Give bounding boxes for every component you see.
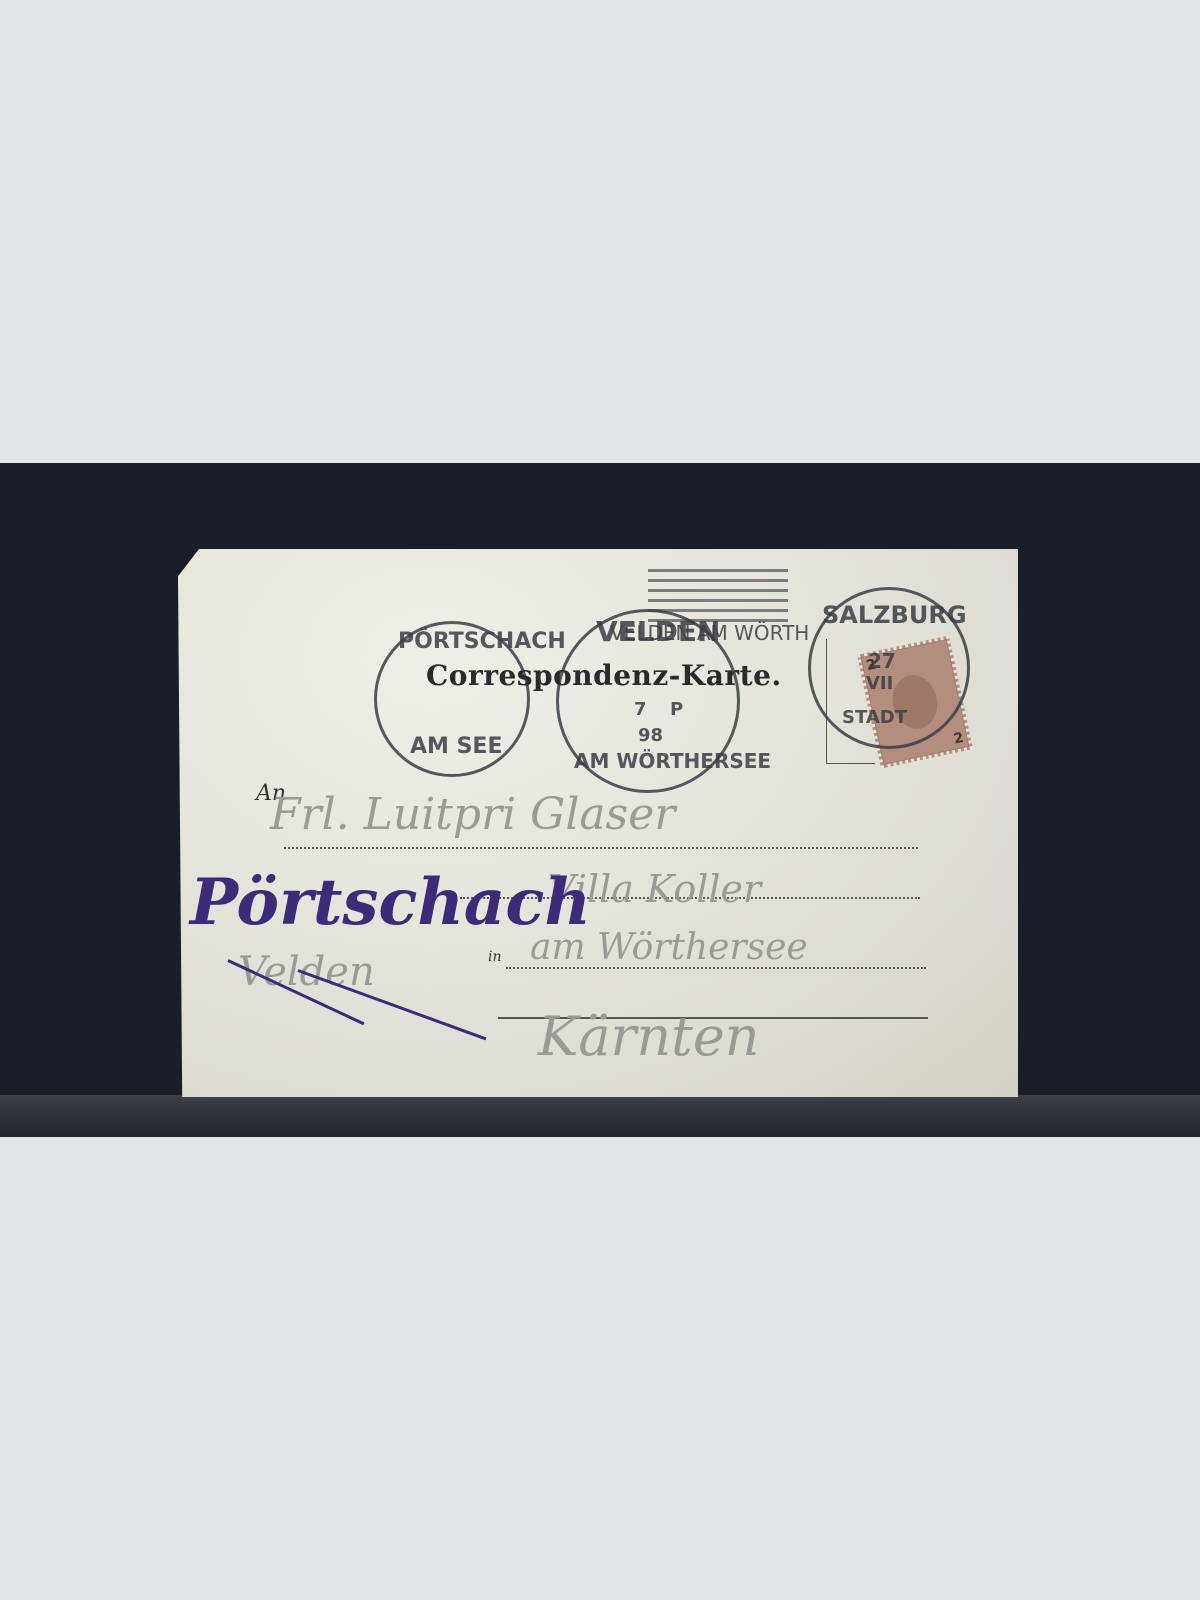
display-shelf (0, 1095, 1200, 1137)
postmark-salzburg-bottom: STADT (842, 707, 907, 728)
postmark-salzburg-top: SALZBURG (822, 601, 967, 629)
postmark-poertschach-bottom: AM SEE (410, 734, 502, 759)
postcard: VELDEN AM WÖRTH PÖRTSCHACH AM SEE VELDEN… (178, 549, 1018, 1097)
recipient-handwriting: Frl. Luitpri Glaser (270, 789, 675, 840)
address-line-1 (284, 847, 918, 849)
postmark-velden-date-time: P (670, 699, 683, 720)
postmark-velden-top: VELDEN (596, 615, 720, 648)
region-handwriting: Kärnten (538, 1005, 760, 1068)
postmark-salzburg-date: 27 (868, 649, 896, 673)
postmark-velden-date-day: 7 (634, 699, 647, 720)
stamp-value-br: 2 (952, 730, 965, 748)
redirect-handwriting: Pörtschach (190, 865, 591, 940)
postmark-poertschach-top: PÖRTSCHACH (398, 629, 566, 654)
postmark-velden-bottom: AM WÖRTHERSEE (574, 749, 771, 773)
postmark-velden-date-year: 98 (638, 725, 663, 746)
in-label: in (488, 949, 502, 965)
card-title: Correspondenz-Karte. (426, 659, 782, 692)
postmark-salzburg-month: VII (866, 673, 893, 694)
